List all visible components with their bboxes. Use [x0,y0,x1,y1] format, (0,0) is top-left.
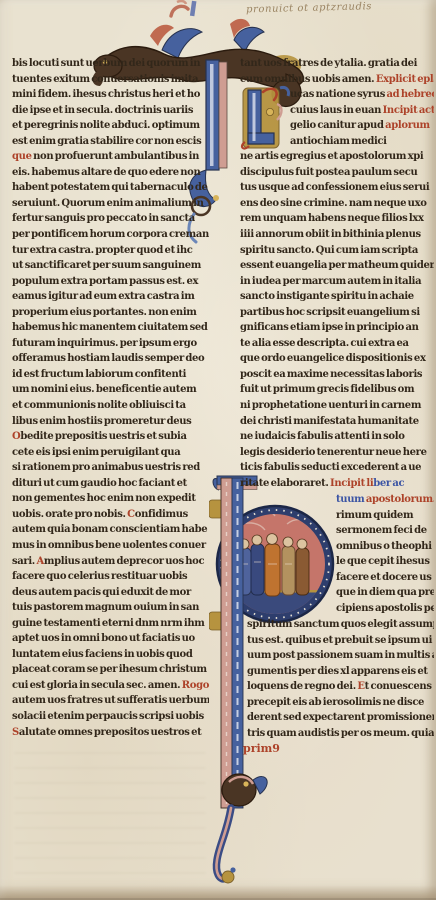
text-line: le que cepit ihesus [336,554,434,570]
text-line: que ordo euangelice dispositionis ex [240,351,434,367]
text-line: uum post passionem suam in multis ar [247,648,434,664]
text-line: tant uos fratres de ytalia. gratia dei [240,56,434,72]
text-line: si rationem pro animabus uestris red [12,460,209,476]
text-line: dei christi manifestata humanitate [240,414,434,430]
text-line: dituri ut cum gaudio hoc faciant et [12,476,209,492]
text-line: bis locuti sunt uerbum dei quorum in [12,56,209,72]
text-line: gumentis per dies xl apparens eis et [247,664,434,680]
text-line: tuentes exitum conuersationis imita [12,72,209,88]
text-line: um nomini eius. beneficentie autem [12,382,209,398]
text-line: legis desiderio tenerentur neue here [240,445,434,461]
text-line: derent sed expectarent promissionem pa [247,710,434,726]
text-line: ticis fabulis seducti excederent a ue [240,460,434,476]
text-line: futuram inquirimus. per ipsum ergo [12,336,209,352]
text-line: cuius laus in euan Incipit actus [240,103,434,119]
text-line: fuit ut primum grecis fidelibus om [240,382,434,398]
verso-show-through [14,748,206,874]
text-line: aptet uos in omni bono ut faciatis uo [12,631,209,647]
text-line: sari. Amplius autem deprecor uos hoc [12,554,209,570]
text-line: deus autem pacis qui eduxit de mor [12,585,209,601]
text-line: guine testamenti eterni dnm nrm ihm [12,616,209,632]
text-line: tuum apostolorum. [336,492,434,508]
text-line: id est fructum labiorum confitenti [12,367,209,383]
text-line: solacii etenim perpaucis scripsi uobis [12,709,209,725]
right-text-column-upper: tant uos fratres de ytalia. gratia deicu… [240,56,434,491]
text-line: eis. habemus altare de quo edere non [12,165,209,181]
text-line: facere et docere us [336,570,434,586]
text-line: spiritu sancto. Qui cum iam scripta [240,243,434,259]
text-line: uobis. orate pro nobis. Confidimus [12,507,209,523]
left-text-column: bis locuti sunt uerbum dei quorum intuen… [12,56,209,740]
text-line: que non profuerunt ambulantibus in [12,149,209,165]
text-line: sermonem feci de [336,523,434,539]
text-line: poscit ea maxime necessitas laboris [240,367,434,383]
text-line: mini fidem. ihesus christus heri et ho [12,87,209,103]
catchword: prim9 [243,742,280,755]
text-line: per pontificem horum corpora creman [12,227,209,243]
text-line: placeat coram se per ihesum christum [12,662,209,678]
text-line: ens deo sine crimine. nam neque uxo [240,196,434,212]
text-line: omnibus o theophi [336,539,434,555]
text-line: iiii annorum obiit in bithinia plenus [240,227,434,243]
text-line: ut sanctificaret per suum sanguinem [12,258,209,274]
text-line: ne iudaicis fabulis attenti in solo [240,429,434,445]
text-line: te alia esse descripta. cui extra ea [240,336,434,352]
text-line: non gementes hoc enim non expedit [12,491,209,507]
text-line: et peregrinis nolite abduci. optimum [12,118,209,134]
text-line: ni prophetatione uenturi in carnem [240,398,434,414]
text-line: fertur sanguis pro peccato in sancta [12,211,209,227]
text-line: die ipse et in secula. doctrinis uariis [12,103,209,119]
text-line: habemus hic manentem ciuitatem sed [12,320,209,336]
page-bottom-edge [0,885,436,900]
text-line: que in diem qua pre [336,585,434,601]
text-line: gnificans etiam ipse in principio an [240,320,434,336]
text-line: habent potestatem qui tabernaculo de [12,180,209,196]
text-line: rem unquam habens neque filios lxx [240,211,434,227]
text-line: populum extra portam passus est. ex [12,274,209,290]
text-line: essent euangelia per matheum quidem [240,258,434,274]
text-line: tuis pastorem magnum ouium in san [12,600,209,616]
text-line: properium eius portantes. non enim [12,305,209,321]
right-text-column-lower: spiritum sanctum quos elegit assumptus e… [247,617,434,741]
text-line: precepit eis ab ierosolimis ne disce [247,695,434,711]
text-line: partibus hoc scripsit euangelium si [240,305,434,321]
text-line: tus est. quibus et prebuit se ipsum ui [247,633,434,649]
text-line: discipulus fuit postea paulum secu [240,165,434,181]
text-line: autem quia bonam conscientiam habe [12,522,209,538]
text-line: tus usque ad confessionem eius serui [240,180,434,196]
text-line: eamus igitur ad eum extra castra im [12,289,209,305]
text-line: est enim gratia stabilire cor non escis [12,134,209,150]
text-line: in iudea per marcum autem in italia [240,274,434,290]
text-line: ne artis egregius et apostolorum xpi [240,149,434,165]
text-line: luntatem eius faciens in uobis quod [12,647,209,663]
text-line: Salutate omnes prepositos uestros et [12,725,209,741]
text-line: et communionis nolite obliuisci ta [12,398,209,414]
text-line: cipiens apostolis per [336,601,434,617]
right-text-column-beside-initial: tuum apostolorum.rimum quidemsermonem fe… [336,492,434,616]
text-line: autem uos fratres ut sufferatis uerbum [12,693,209,709]
text-line: cum omnibus uobis amen. Explicit epla [240,72,434,88]
text-line: ritate elaboraret. Incipit liber ac [240,476,434,492]
text-line: ucas natione syrus ad hebreos. [240,87,434,103]
text-line: offeramus hostiam laudis semper deo [12,351,209,367]
text-line: tur extra castra. propter quod et ihc [12,243,209,259]
text-line: cui est gloria in secula sec. amen. Rogo [12,678,209,694]
text-line: tris quam audistis per os meum. quia io [247,726,434,742]
text-line: loquens de regno dei. Et conuescens [247,679,434,695]
text-line: Obedite prepositis uestris et subia [12,429,209,445]
text-line: antiochiam medici [240,134,434,150]
text-line: seruiunt. Quorum enim animalium in [12,196,209,212]
text-line: gelio canitur apud aplorum [240,118,434,134]
text-line: rimum quidem [336,508,434,524]
text-line: cete eis ipsi enim peruigilant qua [12,445,209,461]
text-line: libus enim hostiis promeretur deus [12,414,209,430]
text-line: sancto instigante spiritu in achaie [240,289,434,305]
manuscript-page: pronuict ot aptzraudis [0,0,436,900]
text-line: mus in omnibus bene uolentes conuer [12,538,209,554]
text-line: spiritum sanctum quos elegit assump [247,617,434,633]
text-line: facere quo celerius restituar uobis [12,569,209,585]
